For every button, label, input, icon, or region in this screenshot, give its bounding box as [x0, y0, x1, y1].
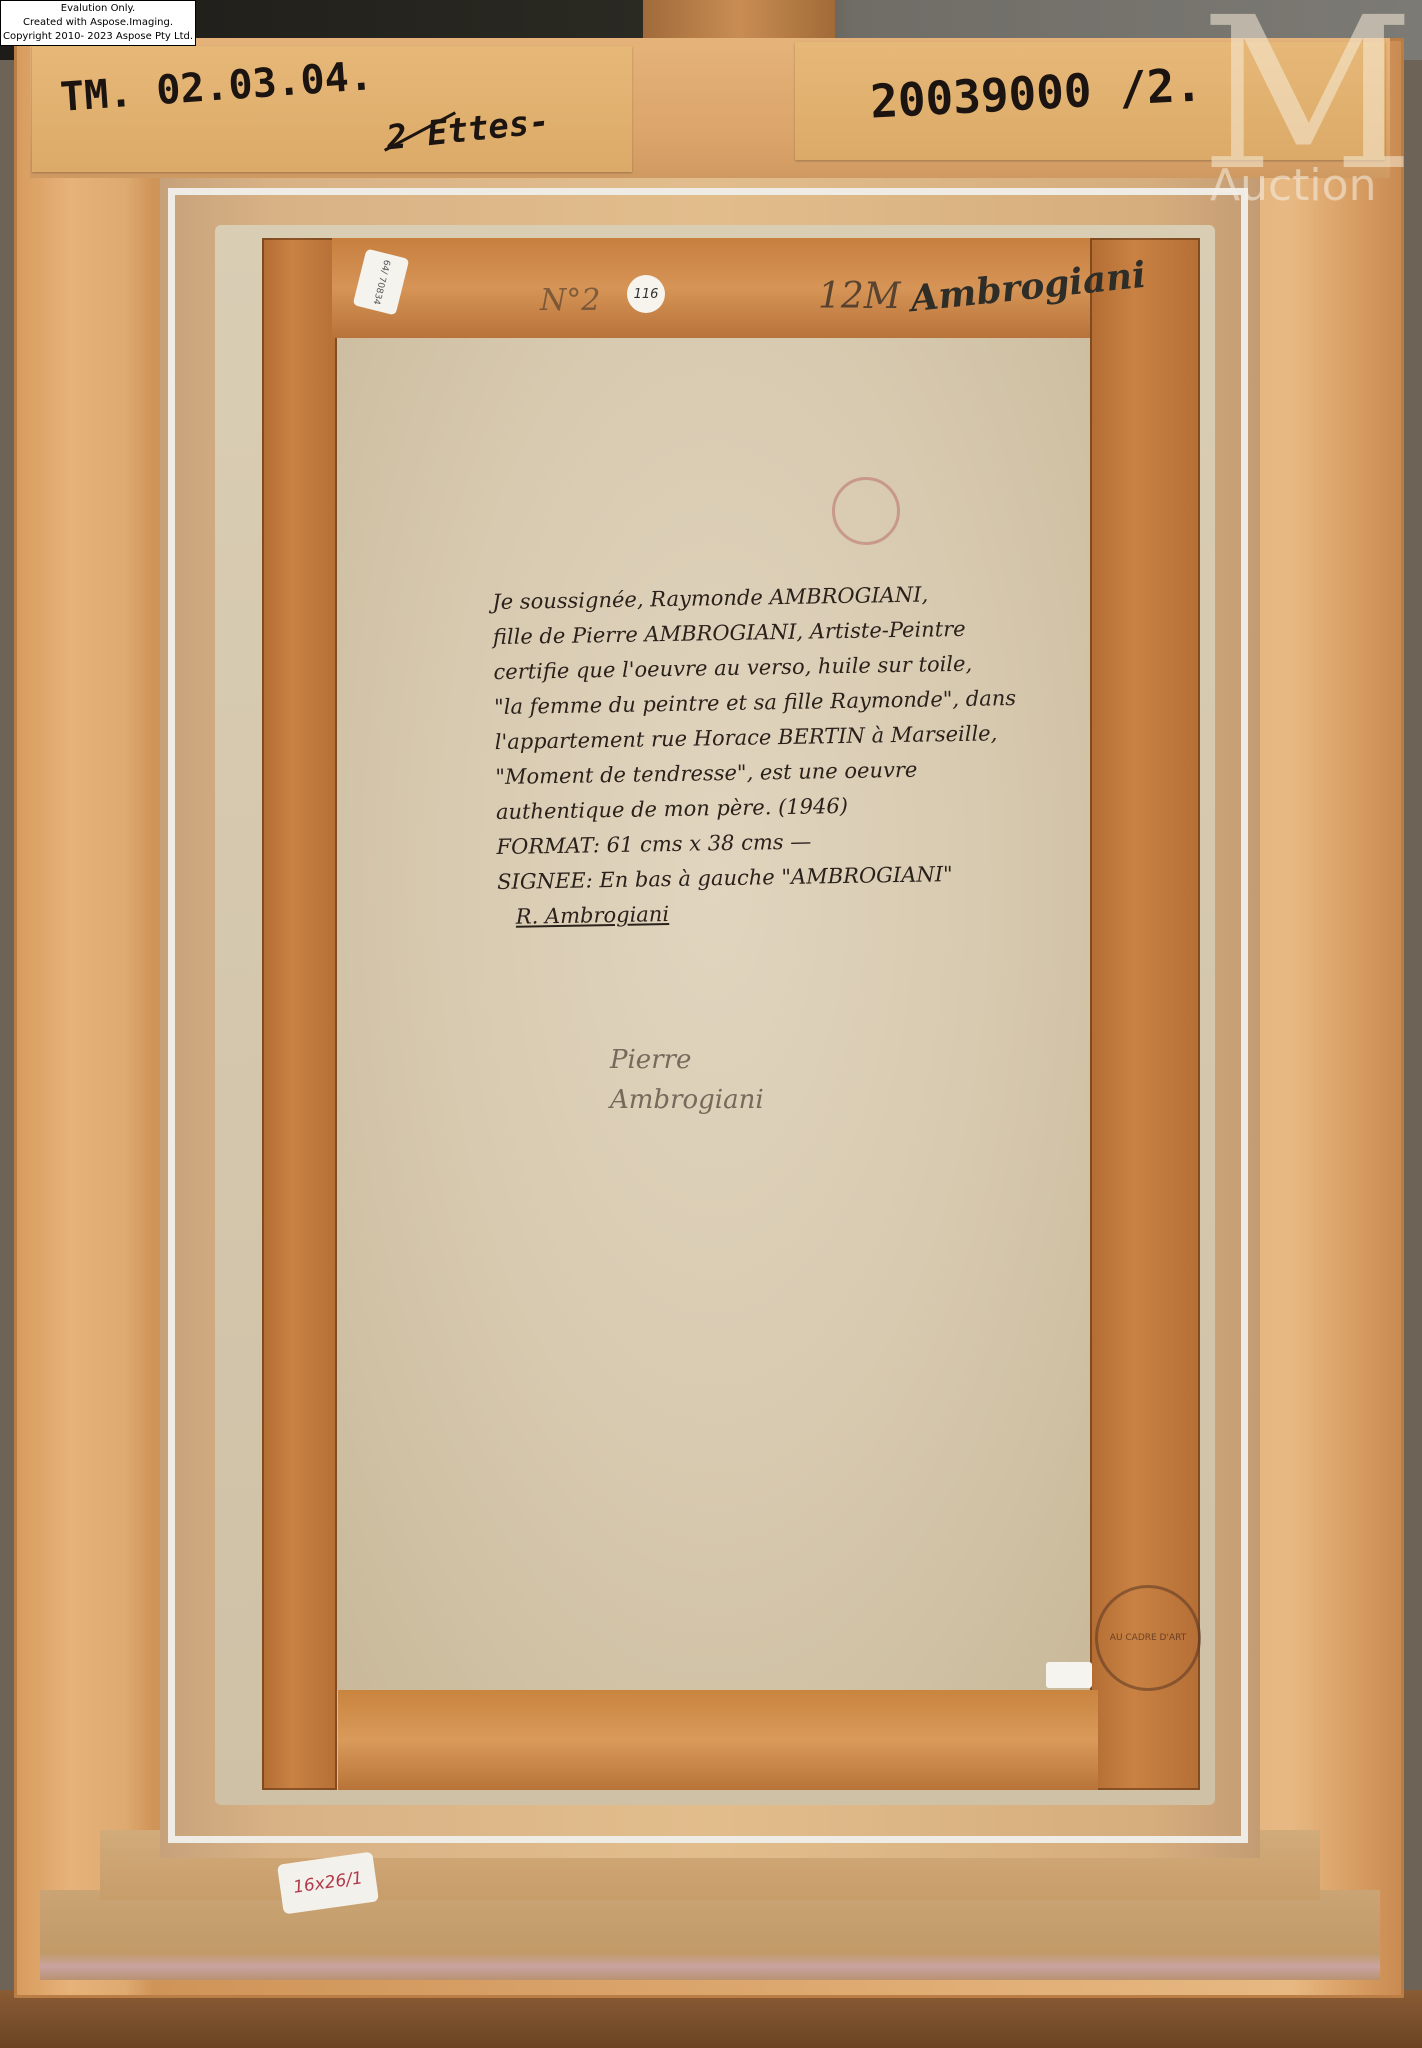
small-label-corner: [1046, 1662, 1092, 1688]
table-surface: [0, 1990, 1422, 2048]
framer-stamp: AU CADRE D'ART: [1095, 1585, 1201, 1691]
frame-bottom-molding: [40, 1890, 1380, 1980]
stretcher-bar-bottom: [338, 1690, 1098, 1790]
stretcher-bar-right: [1090, 238, 1200, 1790]
eval-line-2: Created with Aspose.Imaging.: [1, 16, 195, 30]
stretcher-bar-left: [262, 238, 337, 1790]
red-stamp-icon: [832, 477, 900, 545]
round-sticker-116: 116: [627, 275, 665, 313]
pencil-line-1: Pierre: [610, 1040, 764, 1080]
eval-line-3: Copyright 2010- 2023 Aspose Pty Ltd.: [1, 30, 195, 44]
authenticity-certificate: Je soussignée, Raymonde AMBROGIANI, fill…: [492, 575, 1078, 935]
n2-marking: N°2: [540, 283, 600, 318]
eval-line-1: Evalution Only.: [1, 2, 195, 16]
12m-marking: 12M: [818, 276, 901, 317]
brand-watermark-text: Auction: [1210, 160, 1376, 211]
canvas-back: [337, 338, 1090, 1690]
pencil-line-2: Ambrogiani: [610, 1080, 764, 1120]
pencil-inscription: Pierre Ambrogiani: [610, 1040, 764, 1120]
evaluation-watermark: Evalution Only. Created with Aspose.Imag…: [0, 0, 196, 46]
